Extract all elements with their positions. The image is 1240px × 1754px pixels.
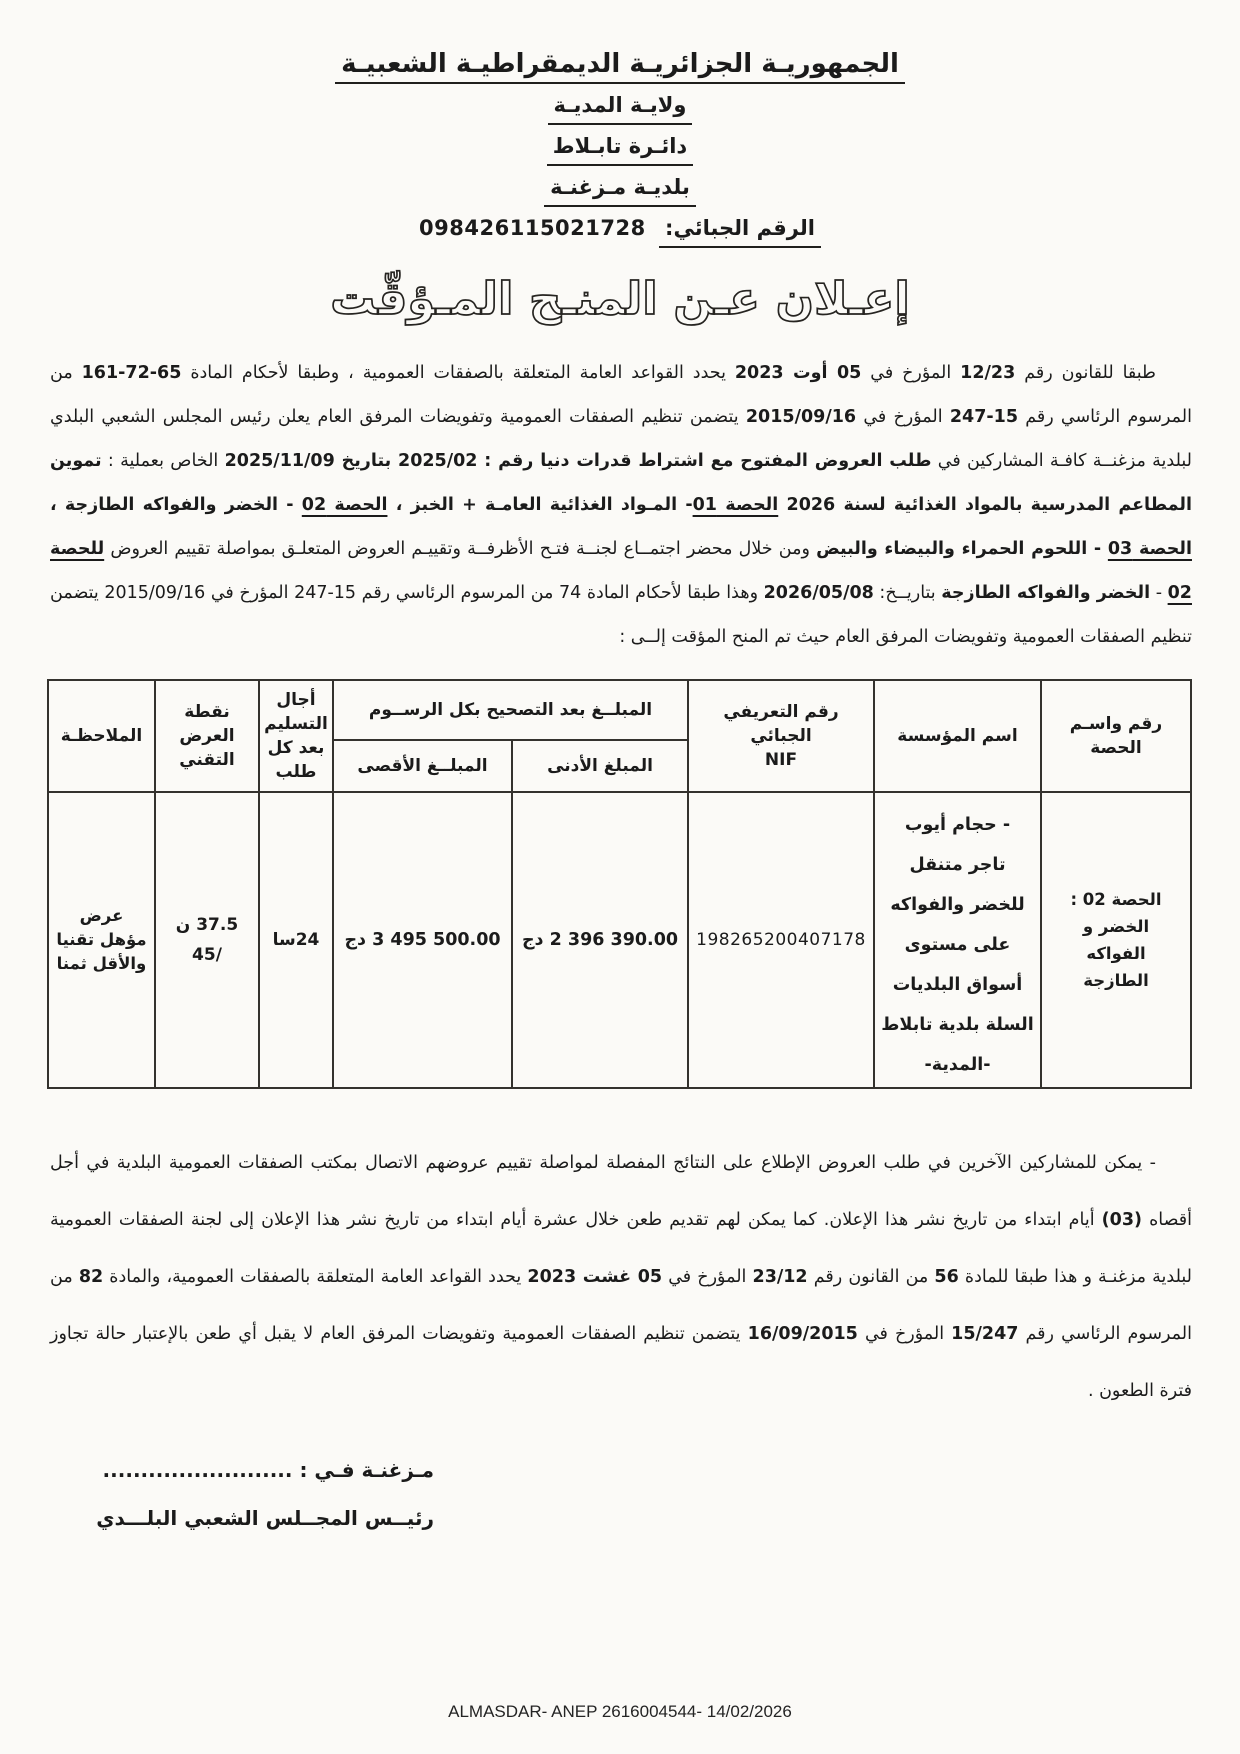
- text-segment: المؤرخ في: [856, 407, 950, 427]
- company-line: -المدية-: [879, 1045, 1036, 1085]
- tax-label: الرقم الجبائي:: [659, 214, 821, 248]
- text-segment: (03): [1102, 1210, 1142, 1230]
- wilaya-text: ولايـة المديـة: [548, 91, 693, 125]
- text-segment: الخاص بعملية :: [102, 451, 225, 471]
- amount-max-currency: دج: [344, 930, 366, 950]
- col-header-amount-min: المبلغ الأدنى: [512, 740, 688, 792]
- company-cell: - حجام أيوب تاجر متنقل للخضر والفواكه عل…: [874, 792, 1041, 1088]
- daira-line: دائـرة تابـلاط: [0, 132, 1240, 166]
- text-segment: يحدد القواعد العامة المتعلقة بالصفقات ال…: [103, 1267, 527, 1287]
- footer-credit: ALMASDAR- ANEP 2616004544- 14/02/2026: [0, 1702, 1240, 1722]
- col-header-amount-max: المبلــغ الأقصى: [333, 740, 512, 792]
- commune-text: بلديـة مـزغنـة: [544, 173, 696, 207]
- text-segment: 82: [79, 1267, 103, 1287]
- text-segment: 2015/09/16: [746, 407, 856, 427]
- text-segment: -: [1150, 583, 1168, 603]
- text-segment: من القانون رقم: [808, 1267, 935, 1287]
- tax-number-value: 098426115021728: [419, 216, 652, 240]
- intro-paragraph: طبقا للقانون رقم 12/23 المؤرخ في 05 أوت …: [50, 351, 1192, 659]
- signature-title-line: رئيــس المجــلس الشعبي البلـــدي: [50, 1506, 434, 1530]
- col-header-delivery: أجال التسليم بعد كل طلب: [259, 680, 333, 792]
- col-header-amount-group: المبلــغ بعد التصحيح بكل الرســوم: [333, 680, 688, 740]
- col-header-note: الملاحظـة: [48, 680, 155, 792]
- lot-line: الحصة 02 :: [1046, 886, 1186, 913]
- tax-number-line: الرقم الجبائي: 098426115021728: [0, 214, 1240, 248]
- text-segment: الحصة 02: [302, 495, 388, 515]
- score-line: /45: [160, 940, 254, 970]
- lot-cell: الحصة 02 : الخضر و الفواكه الطازجة: [1041, 792, 1191, 1088]
- text-segment: 2026/05/08: [764, 583, 874, 603]
- company-line: أسواق البلديات: [879, 965, 1036, 1005]
- text-segment: - الخضر والفواكه الطازجة ،: [50, 495, 302, 515]
- text-segment: طبقا للقانون رقم: [1015, 363, 1156, 383]
- text-segment: 56: [934, 1267, 958, 1287]
- amount-min-currency: دج: [522, 930, 544, 950]
- text-segment: اللحوم الحمراء والبيضاء والبيض: [816, 539, 1087, 559]
- note-cell: عرض مؤهل تقنيا والأقل ثمنا: [48, 792, 155, 1088]
- lot-line: الخضر و: [1046, 913, 1186, 940]
- document-header: الجمهوريـة الجزائريـة الديمقراطيـة الشعب…: [0, 0, 1240, 248]
- text-segment: الحصة 03: [1108, 539, 1192, 559]
- text-segment: المؤرخ في: [858, 1324, 951, 1344]
- text-segment: 15/247: [951, 1324, 1018, 1344]
- nif-header-latin: NIF: [693, 748, 869, 772]
- text-segment: الحصة 01: [693, 495, 779, 515]
- text-segment: 05 غشت 2023: [527, 1267, 662, 1287]
- text-segment: يحدد القواعد العامة المتعلقة بالصفقات ال…: [181, 363, 734, 383]
- document-page: الجمهوريـة الجزائريـة الديمقراطيـة الشعب…: [0, 0, 1240, 1754]
- award-row: الحصة 02 : الخضر و الفواكه الطازجة - حجا…: [48, 792, 1191, 1088]
- col-header-company: اسم المؤسسة: [874, 680, 1041, 792]
- amount-min-cell: 2 396 390.00 دج: [512, 792, 688, 1088]
- amount-max-cell: 3 495 500.00 دج: [333, 792, 512, 1088]
- lot-line: الفواكه: [1046, 940, 1186, 967]
- text-segment: طلب العروض المفتوح مع اشتراط قدرات دنيا …: [225, 451, 932, 471]
- company-line: للخضر والفواكه: [879, 885, 1036, 925]
- award-table-head: رقم واسـم الحصة اسم المؤسسة رقم التعريفي…: [48, 680, 1191, 792]
- text-segment: المؤرخ في: [662, 1267, 752, 1287]
- commune-line: بلديـة مـزغنـة: [0, 173, 1240, 207]
- col-header-lot: رقم واسـم الحصة: [1041, 680, 1191, 792]
- col-header-score: نقطة العرض التقني: [155, 680, 259, 792]
- signature-place-line: مـزغنـة فـي : .........................: [50, 1458, 434, 1482]
- award-table-body: الحصة 02 : الخضر و الفواكه الطازجة - حجا…: [48, 792, 1191, 1088]
- amount-min-value: 2 396 390.00: [550, 930, 678, 950]
- text-segment: - المـواد الغذائية العامـة + الخبز ،: [387, 495, 692, 515]
- country-title-text: الجمهوريـة الجزائريـة الديمقراطيـة الشعب…: [335, 50, 905, 84]
- col-header-nif: رقم التعريفي الجبائي NIF: [688, 680, 874, 792]
- nif-cell: 198265200407178: [688, 792, 874, 1088]
- note-line: مؤهل تقنيا: [53, 928, 150, 952]
- text-segment: 16/09/2015: [748, 1324, 858, 1344]
- company-line: السلة بلدية تابلاط: [879, 1005, 1036, 1045]
- text-segment: 12/23: [960, 363, 1015, 383]
- wilaya-line: ولايـة المديـة: [0, 91, 1240, 125]
- award-table: رقم واسـم الحصة اسم المؤسسة رقم التعريفي…: [47, 679, 1192, 1089]
- company-line: تاجر متنقل: [879, 845, 1036, 885]
- amount-max-value: 3 495 500.00: [372, 930, 500, 950]
- score-cell: 37.5 ن /45: [155, 792, 259, 1088]
- text-segment: بتاريــخ:: [874, 583, 941, 603]
- country-title: الجمهوريـة الجزائريـة الديمقراطيـة الشعب…: [0, 50, 1240, 84]
- delivery-cell: 24سا: [259, 792, 333, 1088]
- daira-text: دائـرة تابـلاط: [547, 132, 693, 166]
- closing-paragraph: - يمكن للمشاركين الآخرين في طلب العروض ا…: [50, 1135, 1192, 1420]
- text-segment: المؤرخ في: [861, 363, 960, 383]
- company-line: - حجام أيوب: [879, 805, 1036, 845]
- company-line: على مستوى: [879, 925, 1036, 965]
- lot-line: الطازجة: [1046, 967, 1186, 994]
- text-segment: الخضر والفواكه الطازجة: [941, 583, 1150, 603]
- announcement-title: إعـلان عـن المنـح المـؤقّت: [0, 272, 1240, 325]
- signature-block: مـزغنـة فـي : ......................... …: [50, 1458, 434, 1530]
- text-segment: 05 أوت 2023: [735, 363, 861, 383]
- nif-header-arabic: رقم التعريفي الجبائي: [693, 700, 869, 748]
- score-line: 37.5 ن: [160, 910, 254, 940]
- text-segment: 15-247: [950, 407, 1018, 427]
- text-segment: -: [1087, 539, 1108, 559]
- note-line: والأقل ثمنا: [53, 952, 150, 976]
- text-segment: ومن خلال محضر اجتمــاع لجنــة فتـح الأظر…: [104, 539, 816, 559]
- note-line: عرض: [53, 904, 150, 928]
- text-segment: 23/12: [753, 1267, 808, 1287]
- nif-value: 198265200407178: [696, 930, 866, 950]
- text-segment: 65-72-161: [82, 363, 182, 383]
